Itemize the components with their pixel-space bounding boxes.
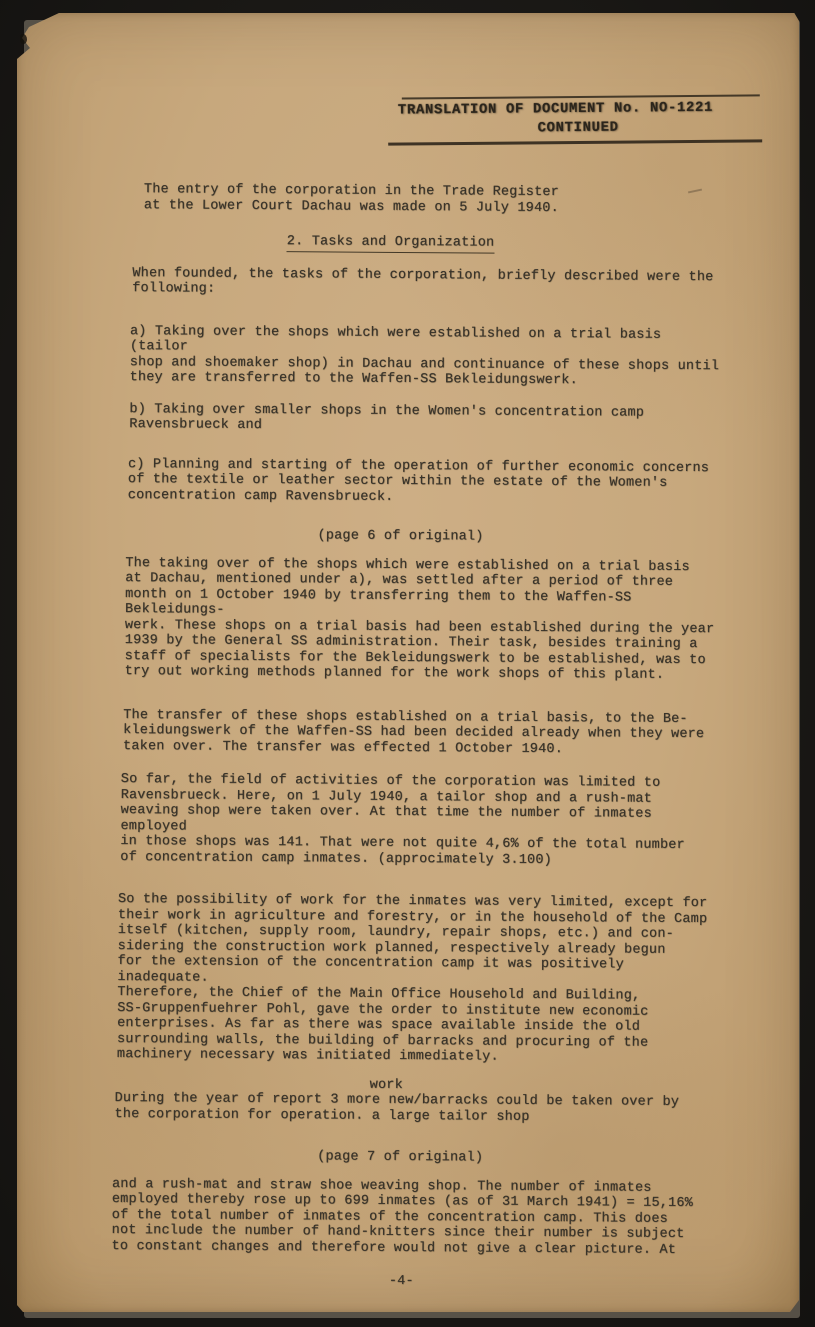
paragraph-trade-register: The entry of the corporation in the Trad… — [144, 182, 724, 217]
paragraph-during-year: During the year of report 3 more new/bar… — [114, 1091, 717, 1126]
paragraph-when-founded: When founded, the tasks of the corporati… — [132, 266, 723, 301]
list-item-a: a) Taking over the shops which were esta… — [130, 324, 723, 390]
section-heading-row: 2. Tasks and Organization — [88, 233, 694, 255]
section-heading: 2. Tasks and Organization — [287, 234, 495, 253]
paragraph-so-far: So far, the field of activities of the c… — [120, 772, 720, 869]
paragraph-rush-mat: and a rush-mat and straw shoe weaving sh… — [112, 1176, 718, 1258]
stamp-continued: CONTINUED — [398, 117, 758, 139]
page7-marker: (page 7 of original) — [97, 1148, 703, 1168]
stamp-title: TRANSLATION OF DOCUMENT No. NO-1221 — [398, 98, 758, 120]
scanned-document-page: TRANSLATION OF DOCUMENT No. NO-1221 CONT… — [0, 0, 815, 1327]
paragraph-trial-shops: The taking over of the shops which were … — [125, 556, 722, 684]
typewritten-body: The entry of the corporation in the Trad… — [110, 182, 724, 1292]
document-stamp: TRANSLATION OF DOCUMENT No. NO-1221 CONT… — [388, 94, 762, 145]
list-item-c: c) Planning and starting of the operatio… — [128, 457, 722, 508]
list-item-b: b) Taking over smaller shops in the Wome… — [129, 402, 722, 437]
page6-marker: (page 6 of original) — [97, 527, 703, 547]
scan-artifact-speck — [20, 34, 27, 44]
paragraph-work-possibility: So the possibility of work for the inmat… — [117, 892, 719, 1067]
paragraph-transfer: The transfer of these shops established … — [123, 708, 720, 759]
